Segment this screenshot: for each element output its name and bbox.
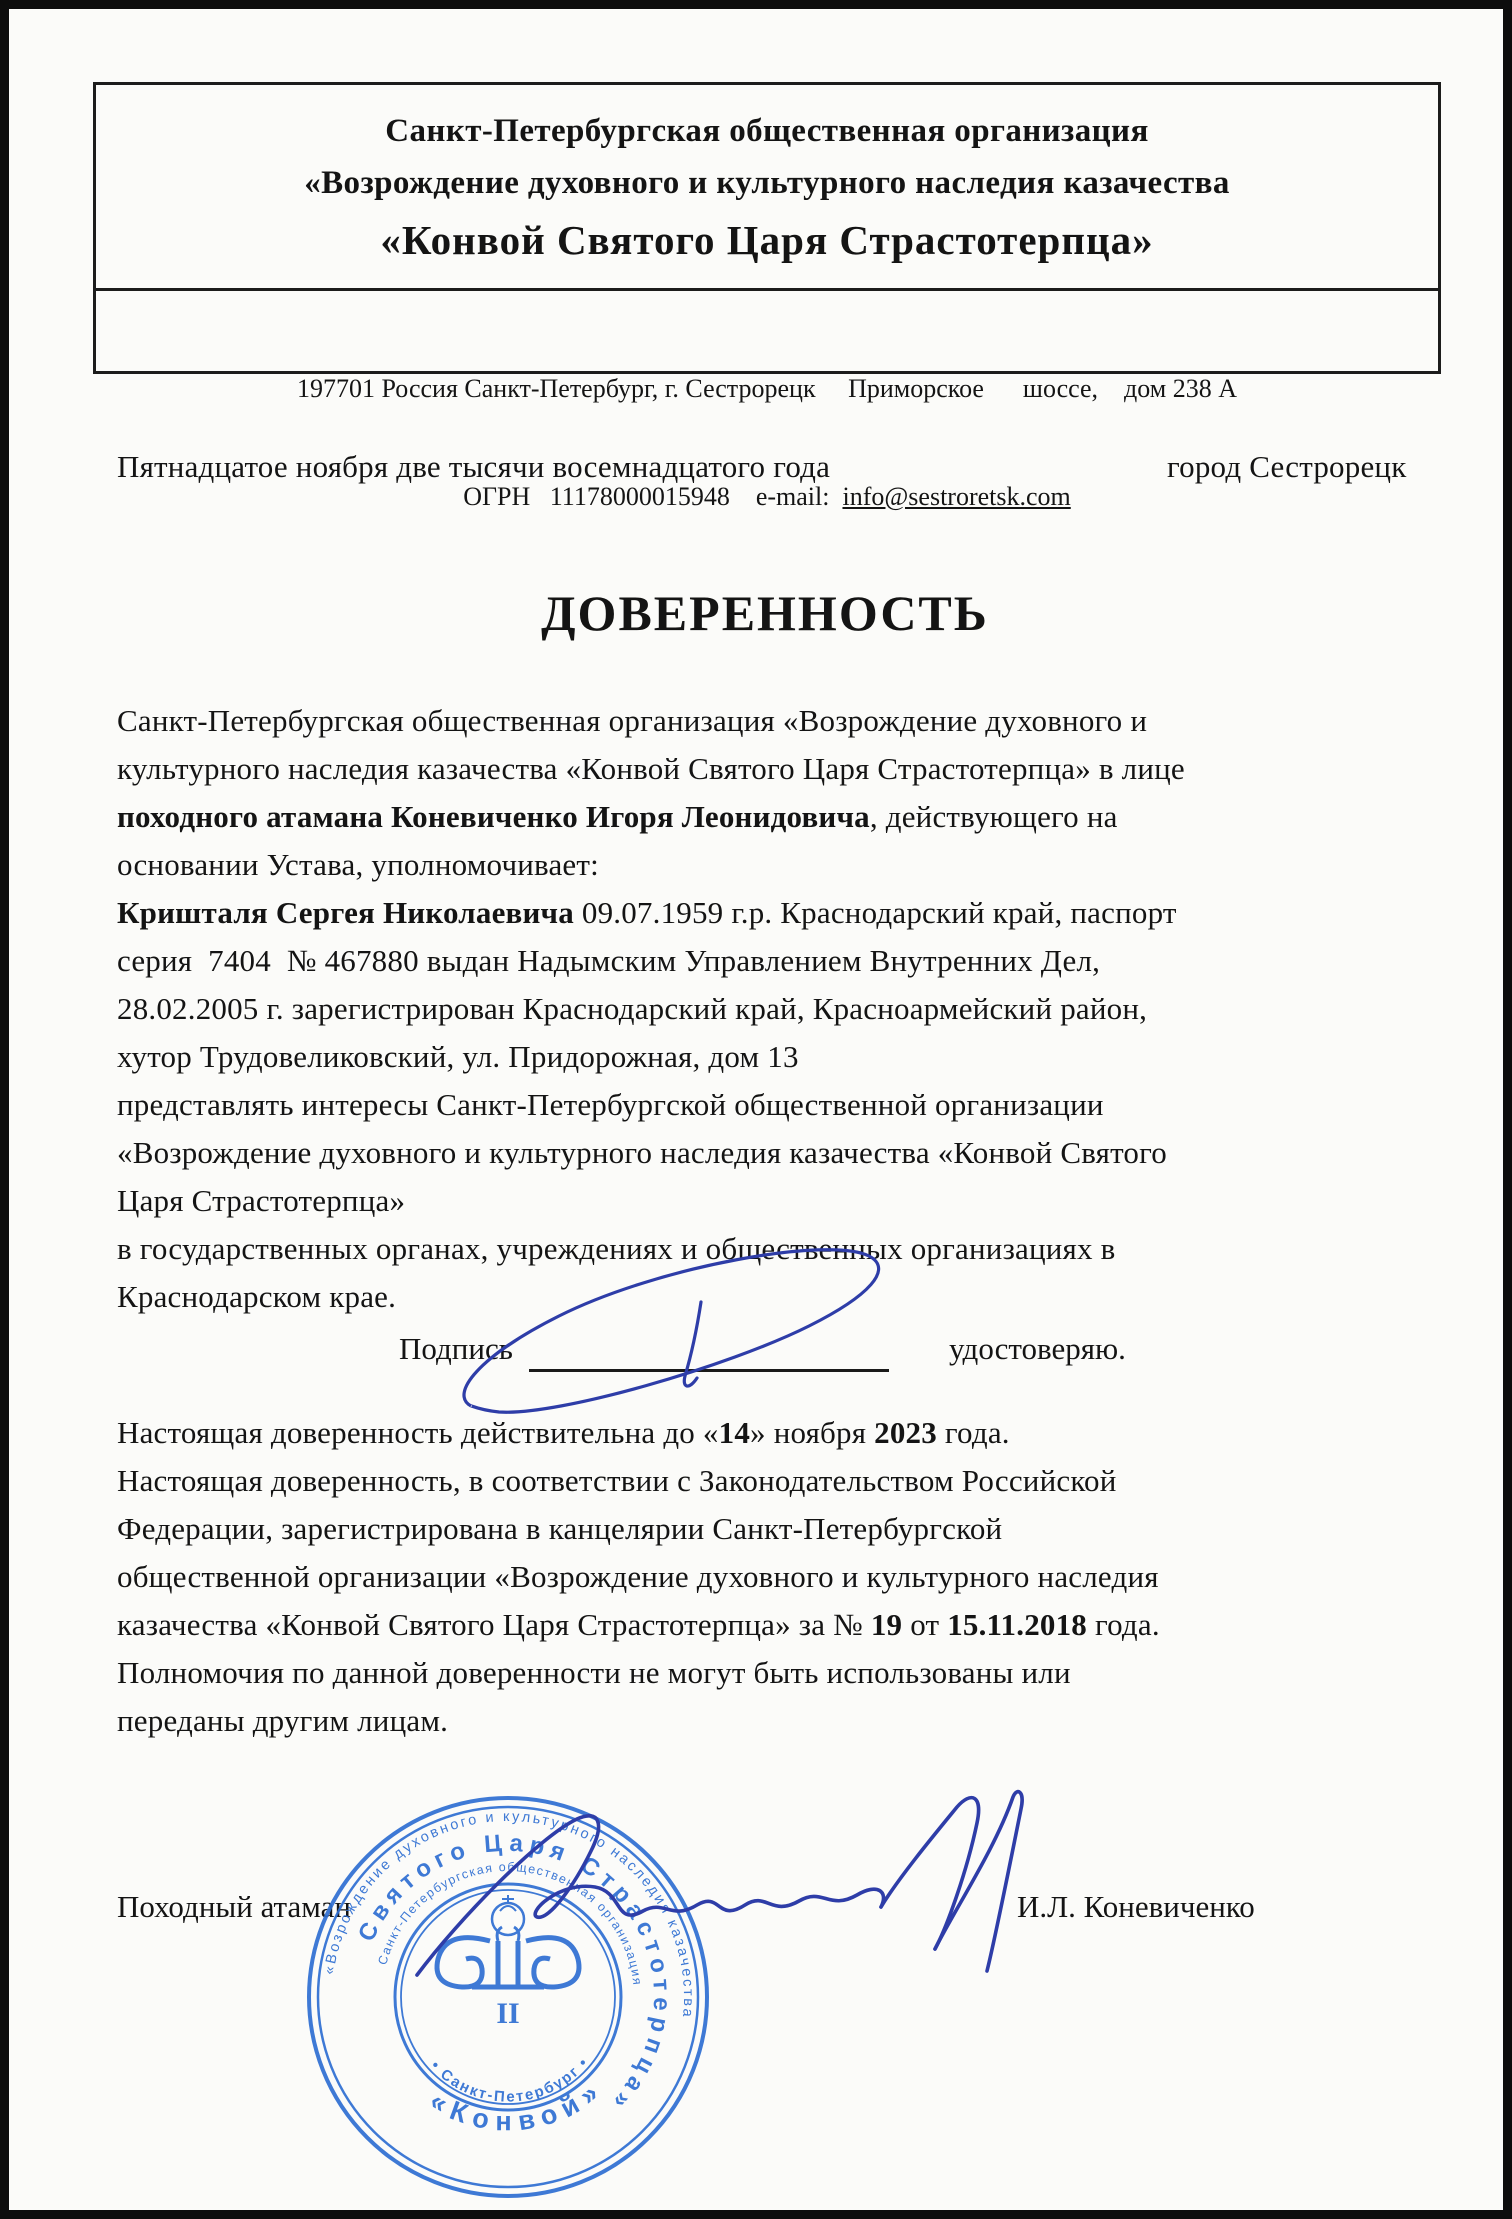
text-run: Настоящая доверенность, в соответствии с… — [117, 1463, 1117, 1498]
ogrn-text: ОГРН 11178000015948 e-mail: — [463, 482, 842, 511]
address-line: 197701 Россия Санкт-Петербург, г. Сестро… — [96, 371, 1438, 407]
text-line: переданы другим лицам. — [117, 1697, 1447, 1745]
text-run: казачества «Конвой Святого Царя Страстот… — [117, 1607, 871, 1642]
text-run: 2023 — [874, 1415, 937, 1450]
letterhead-address-block: 197701 Россия Санкт-Петербург, г. Сестро… — [96, 291, 1438, 587]
organization-name-block: Санкт-Петербургская общественная организ… — [96, 85, 1438, 291]
text-run: Настоящая доверенность действительна до … — [117, 1415, 719, 1450]
text-run: от — [902, 1607, 947, 1642]
text-run: серия 7404 № 467880 выдан Надымским Упра… — [117, 943, 1100, 978]
text-run: переданы другим лицам. — [117, 1703, 448, 1738]
text-run: основании Устава, уполномочивает: — [117, 847, 599, 882]
text-run: Санкт-Петербургская общественная организ… — [117, 703, 1147, 738]
ataman-signature-ink — [399, 1789, 1099, 1989]
text-run: культурного наследия казачества «Конвой … — [117, 751, 1185, 786]
document-title: ДОВЕРЕННОСТЬ — [9, 584, 1512, 642]
text-run: Федерации, зарегистрирована в канцелярии… — [117, 1511, 1002, 1546]
organization-name-line2: «Возрождение духовного и культурного нас… — [96, 157, 1438, 209]
text-run: 19 — [871, 1607, 902, 1642]
body-paragraphs-2: Настоящая доверенность действительна до … — [117, 1409, 1447, 1745]
document-city: город Сестрорецк — [1167, 449, 1406, 485]
stamp-cipher-numeral: II — [496, 1997, 519, 2030]
text-line: хутор Трудовеликовский, ул. Придорожная,… — [117, 1033, 1447, 1081]
text-run: походного атамана Коневиченко Игоря Леон… — [117, 799, 870, 834]
text-line: казачества «Конвой Святого Царя Страстот… — [117, 1601, 1447, 1649]
text-line: Полномочия по данной доверенности не мог… — [117, 1649, 1447, 1697]
text-run: хутор Трудовеликовский, ул. Придорожная,… — [117, 1039, 799, 1074]
document-date: Пятнадцатое ноября две тысячи восемнадца… — [117, 449, 830, 485]
certify-signature-ink — [439, 1244, 919, 1419]
document-page: Санкт-Петербургская общественная организ… — [0, 0, 1512, 2219]
text-run: 09.07.1959 г.р. Краснодарский край, пасп… — [574, 895, 1177, 930]
email-text: info@sestroretsk.com — [842, 482, 1070, 511]
text-line: «Возрождение духовного и культурного нас… — [117, 1129, 1447, 1177]
text-run: » ноября — [750, 1415, 874, 1450]
text-line: Кришталя Сергея Николаевича 09.07.1959 г… — [117, 889, 1447, 937]
text-line: Федерации, зарегистрирована в канцелярии… — [117, 1505, 1447, 1553]
text-line: культурного наследия казачества «Конвой … — [117, 745, 1447, 793]
text-line: Санкт-Петербургская общественная организ… — [117, 697, 1447, 745]
organization-name-line3: «Конвой Святого Царя Страстотерпца» — [96, 209, 1438, 271]
text-line: Настоящая доверенность действительна до … — [117, 1409, 1447, 1457]
text-run: общественной организации «Возрождение ду… — [117, 1559, 1159, 1594]
text-line: общественной организации «Возрождение ду… — [117, 1553, 1447, 1601]
text-run: Кришталя Сергея Николаевича — [117, 895, 574, 930]
letterhead-box: Санкт-Петербургская общественная организ… — [93, 82, 1441, 374]
organization-name-line1: Санкт-Петербургская общественная организ… — [96, 105, 1438, 157]
text-run: года. — [1087, 1607, 1160, 1642]
text-run: 28.02.2005 г. зарегистрирован Краснодарс… — [117, 991, 1147, 1026]
text-line: 28.02.2005 г. зарегистрирован Краснодарс… — [117, 985, 1447, 1033]
text-line: Царя Страстотерпца» — [117, 1177, 1447, 1225]
text-run: , действующего на — [870, 799, 1118, 834]
text-run: Царя Страстотерпца» — [117, 1183, 405, 1218]
text-line: представлять интересы Санкт-Петербургско… — [117, 1081, 1447, 1129]
text-run: 15.11.2018 — [947, 1607, 1087, 1642]
text-line: основании Устава, уполномочивает: — [117, 841, 1447, 889]
certify-text: удостоверяю. — [949, 1331, 1126, 1367]
text-run: года. — [937, 1415, 1010, 1450]
text-run: Полномочия по данной доверенности не мог… — [117, 1655, 1071, 1690]
text-run: 14 — [719, 1415, 750, 1450]
text-run: «Возрождение духовного и культурного нас… — [117, 1135, 1167, 1170]
text-line: серия 7404 № 467880 выдан Надымским Упра… — [117, 937, 1447, 985]
body-paragraphs-1: Санкт-Петербургская общественная организ… — [117, 697, 1447, 1321]
text-run: Краснодарском крае. — [117, 1279, 396, 1314]
text-line: Настоящая доверенность, в соответствии с… — [117, 1457, 1447, 1505]
text-run: представлять интересы Санкт-Петербургско… — [117, 1087, 1104, 1122]
text-line: походного атамана Коневиченко Игоря Леон… — [117, 793, 1447, 841]
